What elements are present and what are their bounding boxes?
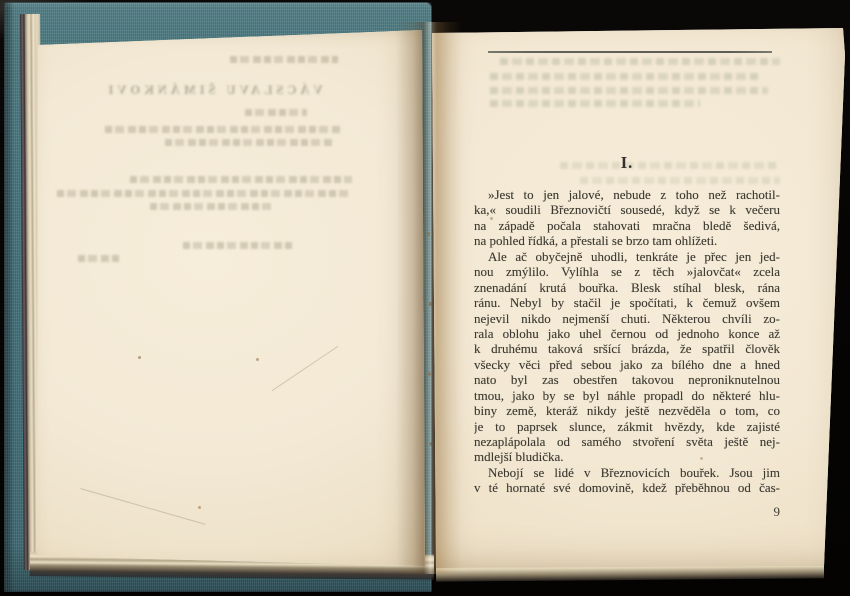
showthrough-line [490,100,700,107]
text-line: biny země, kteráž nikdy ještě nezvěděla … [474,403,780,418]
showthrough-line [230,56,338,63]
text-line: znenadání krutá bouřka. Blesk stíhal ble… [474,280,780,295]
text-line: Ale ač obyčejně uhodli, tenkráte je přec… [474,249,780,264]
text-line: všecky věci před sebou jako za bílého dn… [474,357,780,372]
gutter-specks [427,232,430,236]
text-line: v té hornaté své domovině, kdež přeběhno… [474,480,780,495]
text-block: »Jest to jen jalové, nebude z toho než r… [474,187,780,496]
right-page: I. »Jest to jen jalové, nebude z toho ne… [430,25,845,570]
text-line: k druhému taková sršící brázda, že spatř… [474,341,780,356]
showthrough-line [57,190,351,197]
showthrough-line [490,87,768,94]
text-line: nezaplápolala od samého stvoření světa j… [474,434,780,449]
showthrough-line [500,58,780,65]
showthrough-line [105,126,342,133]
showthrough-line [245,109,307,116]
text-line: nejevil nikdo nejmenší chuti. Některou c… [474,311,780,326]
text-line: ka,« soudili Březnovičtí sousedé, když s… [474,202,780,217]
paragraph: »Jest to jen jalové, nebude z toho než r… [474,187,780,249]
text-line: na pohled řídká, a přestali se brzo tam … [474,233,780,248]
showthrough-dedication: VÁCSLAVU ŠIMÁNKOVI [77,83,350,98]
chapter-heading: I. [474,153,780,173]
text-line: nou zmýlilo. Vylíhla se z těch »jalovčat… [474,264,780,279]
text-line: »Jest to jen jalové, nebude z toho než r… [474,187,780,202]
showthrough-line [165,139,332,146]
paper-specks [138,356,141,359]
showthrough-line [150,203,272,210]
page-number: 9 [740,504,780,520]
text-line: nato byl zas obestřen takovou neproniknu… [474,372,780,387]
left-page: VÁCSLAVU ŠIMÁNKOVI [30,28,425,568]
text-line: na západě počala stahovati mračna bledě … [474,218,780,233]
text-line: tmou, jako by se byl náhle propadl do ně… [474,388,780,403]
paper-scratch [80,488,205,525]
paragraph: Ale ač obyčejně uhodli, tenkráte je přec… [474,249,780,465]
showthrough-line [130,176,352,183]
chapter-rule [488,51,772,53]
open-book-photo: VÁCSLAVU ŠIMÁNKOVI I. »Jest to jen jalov… [0,0,850,596]
paragraph: Nebojí se lidé v Březnovicích bouřek. Js… [474,465,780,496]
showthrough-line [78,255,120,262]
text-line: rala oblohu jako uhel černou od jednoho … [474,326,780,341]
text-line: mdlejší bludička. [474,449,780,464]
text-line: ránu. Nebyl by stačil je spočítati, k če… [474,295,780,310]
paper-specks [610,397,613,400]
showthrough-line [183,242,295,249]
paper-scratch [272,346,339,392]
text-line: Nebojí se lidé v Březnovicích bouřek. Js… [474,465,780,480]
showthrough-line [490,73,762,80]
showthrough-line [580,177,780,184]
text-line: je to paprsek slunce, zákmit hvězdy, kde… [474,419,780,434]
